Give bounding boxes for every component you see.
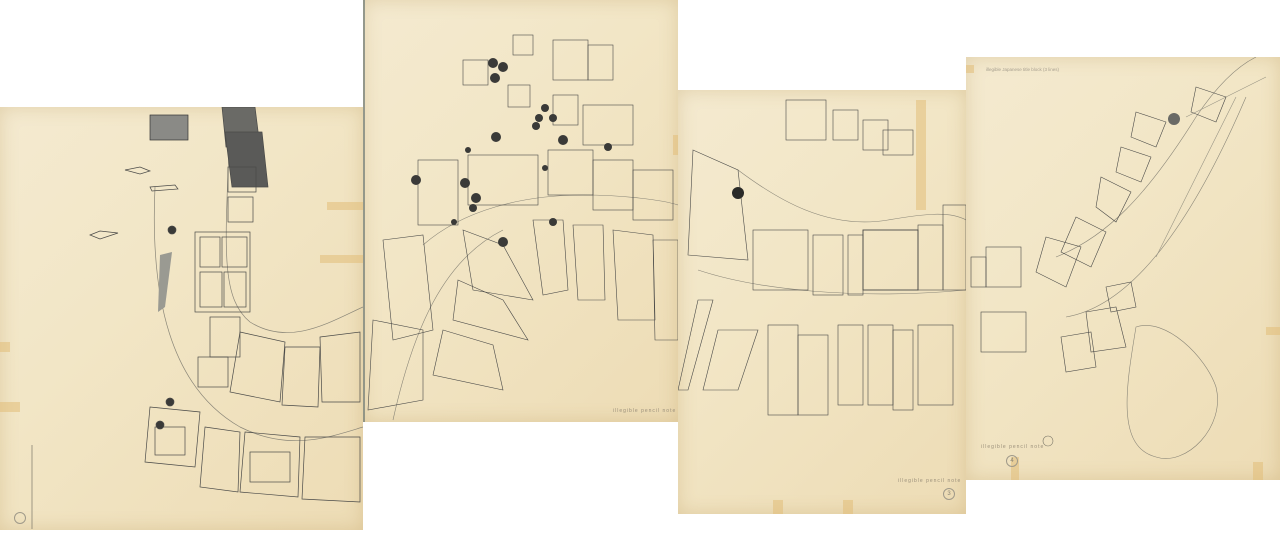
tape-strip [843,500,853,514]
street-plan-drawing [363,0,678,422]
plan-sheet-3: illegible pencil note 3 [678,90,966,514]
tape-strip [1266,327,1280,335]
sheet-annotation: illegible pencil note [613,408,676,414]
tape-strip [916,100,926,210]
title-block: illegible Japanese title block (3 lines) [986,67,1066,73]
street-plan-drawing [0,107,363,530]
sheet-number-mark: 3 [943,488,955,500]
sheet-number-mark: 4 [1006,455,1018,467]
plan-sheet-2: illegible pencil note [363,0,678,422]
tape-strip [320,255,363,263]
sheet-annotation: illegible pencil note [898,478,961,484]
plan-sheet-4: illegible Japanese title block (3 lines)… [966,57,1280,480]
plan-sheet-1 [0,107,363,530]
tape-strip [327,202,363,210]
tape-strip [0,402,20,412]
tape-strip [773,500,783,514]
tape-strip [1253,462,1263,480]
tape-strip [0,342,10,352]
sheet-annotation: illegible pencil note [981,444,1044,450]
sheet-number-mark [14,512,26,524]
street-plan-drawing [966,57,1280,480]
tape-strip [966,65,974,73]
